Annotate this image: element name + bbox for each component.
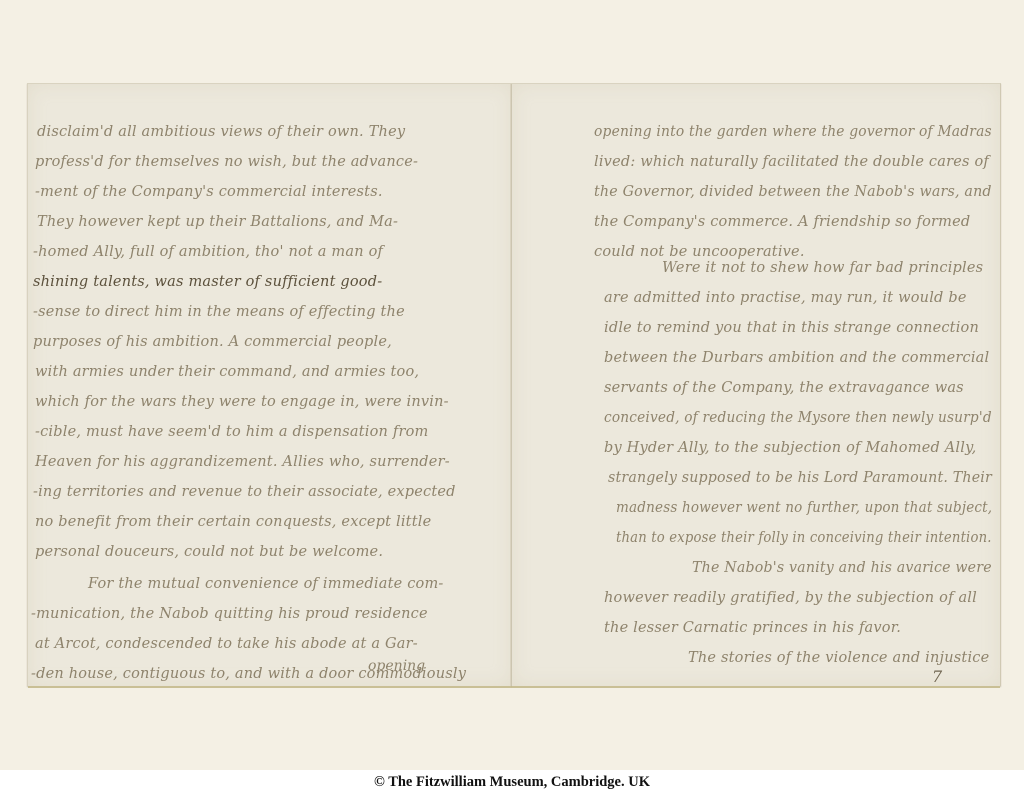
text-line: purposes of his ambition. A commercial p… [33,334,392,350]
right-manuscript-page: opening into the garden where the govern… [512,83,1001,686]
text-line: the Company's commerce. A friendship so … [594,214,970,230]
text-line: The stories of the violence and injustic… [688,650,989,666]
text-line: -cible, must have seem'd to him a dispen… [35,424,428,440]
text-line: -homed Ally, full of ambition, tho' not … [33,244,383,260]
text-line: -ment of the Company's commercial intere… [35,184,383,200]
text-line: are admitted into practise, may run, it … [604,290,967,306]
text-line: than to expose their folly in conceiving… [616,530,992,546]
text-line: The Nabob's vanity and his avarice were [692,560,992,576]
text-line: no benefit from their certain conquests,… [35,514,431,530]
folio-number: 7 [932,667,942,686]
text-line: conceived, of reducing the Mysore then n… [604,410,992,426]
text-line: idle to remind you that in this strange … [604,320,979,336]
left-manuscript-page: disclaim'd all ambitious views of their … [27,83,512,686]
text-line: personal douceurs, could not but be welc… [35,544,383,560]
text-line: opening into the garden where the govern… [594,124,992,140]
text-line: shining talents, was master of sufficien… [33,274,382,290]
text-line: lived: which naturally facilitated the d… [594,154,989,170]
text-line: For the mutual convenience of immediate … [88,576,444,592]
text-line: by Hyder Ally, to the subjection of Maho… [604,440,976,456]
text-line: They however kept up their Battalions, a… [37,214,398,230]
text-line: with armies under their command, and arm… [35,364,419,380]
text-line: between the Durbars ambition and the com… [604,350,989,366]
text-line: strangely supposed to be his Lord Paramo… [608,470,992,486]
text-line: could not be uncooperative. [594,244,805,260]
text-line: however readily gratified, by the subjec… [604,590,977,606]
text-line: Heaven for his aggrandizement. Allies wh… [35,454,450,470]
text-line: -munication, the Nabob quitting his prou… [31,606,428,622]
text-line: profess'd for themselves no wish, but th… [35,154,418,170]
text-line: servants of the Company, the extravaganc… [604,380,964,396]
text-line: -ing territories and revenue to their as… [33,484,456,500]
text-line: which for the wars they were to engage i… [35,394,449,410]
text-line: the lesser Carnatic princes in his favor… [604,620,901,636]
catchword: opening [368,658,425,674]
text-line: -sense to direct him in the means of eff… [33,304,405,320]
text-line: at Arcot, condescended to take his abode… [35,636,418,652]
text-line: madness however went no further, upon th… [616,500,992,516]
text-line: the Governor, divided between the Nabob'… [594,184,992,200]
text-line: Were it not to shew how far bad principl… [662,260,983,276]
text-line: disclaim'd all ambitious views of their … [37,124,405,140]
copyright-caption: © The Fitzwilliam Museum, Cambridge. UK [0,770,1024,795]
